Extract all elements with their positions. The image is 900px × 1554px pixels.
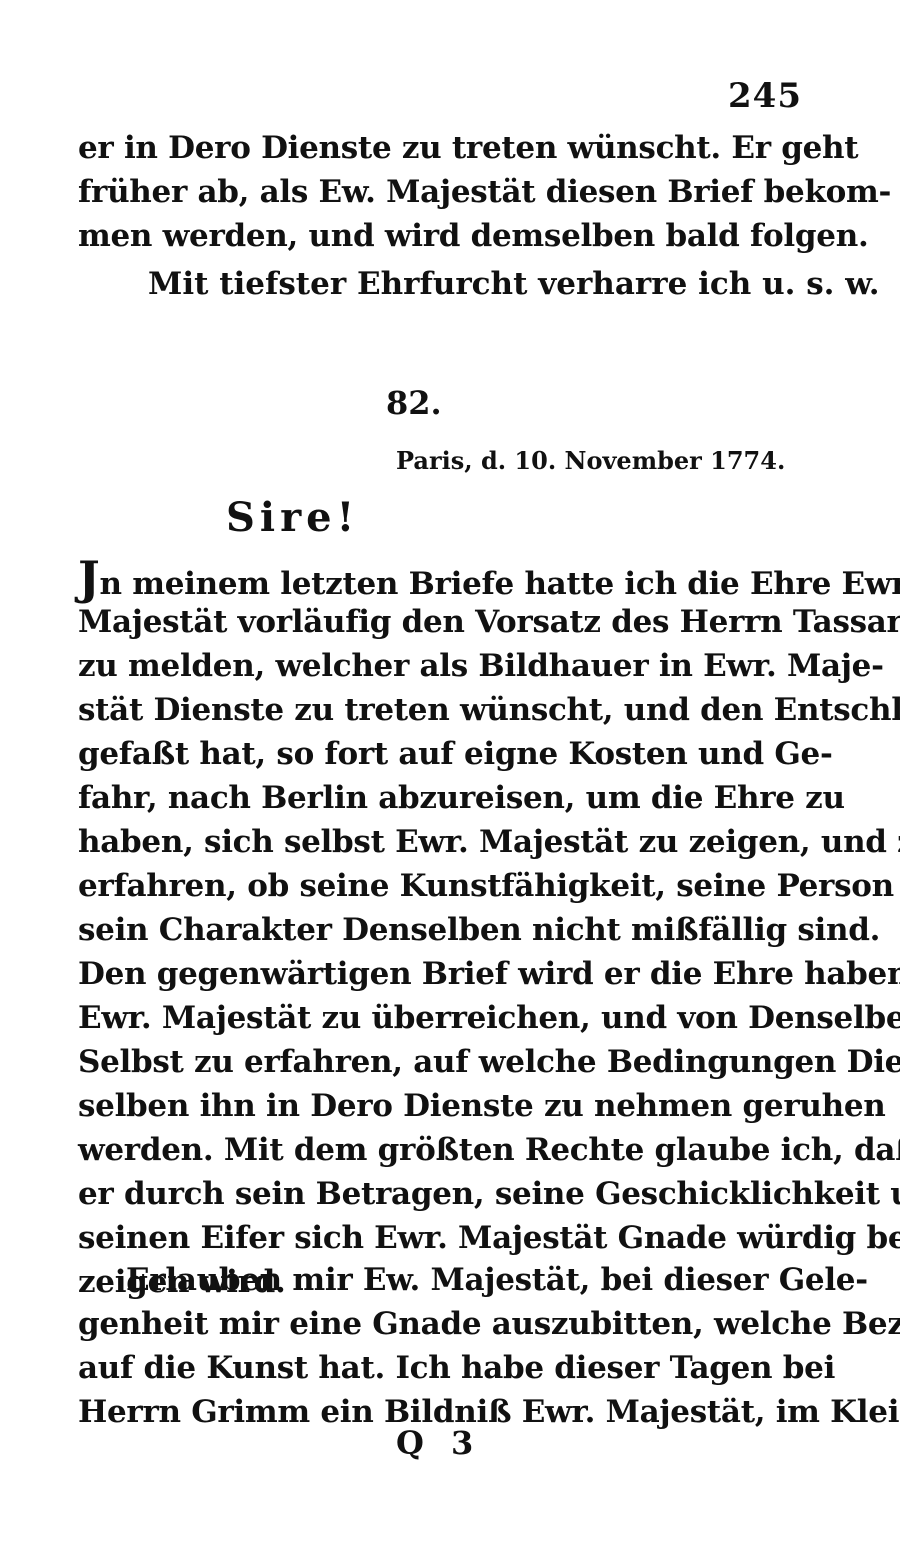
text-line: genheit mir eine Gnade auszubitten, welc… bbox=[78, 1302, 818, 1346]
previous-letter-continuation: er in Dero Dienste zu treten wünscht. Er… bbox=[78, 126, 818, 258]
closing-formula: Mit tiefster Ehrfurcht verharre ich u. s… bbox=[148, 262, 880, 306]
text-line: men werden, und wird demselben bald folg… bbox=[78, 214, 818, 258]
text-line-first: Jn meinem letzten Briefe hatte ich die E… bbox=[78, 556, 818, 600]
text-line: Den gegenwärtigen Brief wird er die Ehre… bbox=[78, 952, 818, 996]
page-number: 245 bbox=[728, 76, 802, 116]
text-line: Selbst zu erfahren, auf welche Bedingung… bbox=[78, 1040, 818, 1084]
text-line: Ewr. Majestät zu überreichen, und von De… bbox=[78, 996, 818, 1040]
text-line: Erlauben mir Ew. Majestät, bei dieser Ge… bbox=[78, 1258, 818, 1302]
dateline: Paris, d. 10. November 1774. bbox=[396, 446, 785, 475]
text-line: gefaßt hat, so fort auf eigne Kosten und… bbox=[78, 732, 818, 776]
text-line: selben ihn in Dero Dienste zu nehmen ger… bbox=[78, 1084, 818, 1128]
text-line: früher ab, als Ew. Majestät diesen Brief… bbox=[78, 170, 818, 214]
first-line-text: n meinem letzten Briefe hatte ich die Eh… bbox=[99, 566, 900, 602]
text-line: zu melden, welcher als Bildhauer in Ewr.… bbox=[78, 644, 818, 688]
text-line: er durch sein Betragen, seine Geschickli… bbox=[78, 1172, 818, 1216]
text-line: sein Charakter Denselben nicht mißfällig… bbox=[78, 908, 818, 952]
text-line: seinen Eifer sich Ewr. Majestät Gnade wü… bbox=[78, 1216, 818, 1260]
paragraph-2: Erlauben mir Ew. Majestät, bei dieser Ge… bbox=[78, 1258, 818, 1434]
printer-signature-mark: Q 3 bbox=[396, 1424, 481, 1462]
text-line: werden. Mit dem größten Rechte glaube ic… bbox=[78, 1128, 818, 1172]
paragraph-1: Jn meinem letzten Briefe hatte ich die E… bbox=[78, 556, 818, 1304]
book-page: 245 er in Dero Dienste zu treten wünscht… bbox=[0, 0, 900, 1554]
drop-cap: J bbox=[78, 551, 99, 605]
text-line: er in Dero Dienste zu treten wünscht. Er… bbox=[78, 126, 818, 170]
text-line: haben, sich selbst Ewr. Majestät zu zeig… bbox=[78, 820, 818, 864]
text-line: stät Dienste zu treten wünscht, und den … bbox=[78, 688, 818, 732]
text-line: Majestät vorläufig den Vorsatz des Herrn… bbox=[78, 600, 818, 644]
letter-number: 82. bbox=[386, 384, 442, 422]
text-line: auf die Kunst hat. Ich habe dieser Tagen… bbox=[78, 1346, 818, 1390]
text-line: fahr, nach Berlin abzureisen, um die Ehr… bbox=[78, 776, 818, 820]
text-line: erfahren, ob seine Kunstfähigkeit, seine… bbox=[78, 864, 818, 908]
salutation: Sire! bbox=[226, 494, 359, 541]
